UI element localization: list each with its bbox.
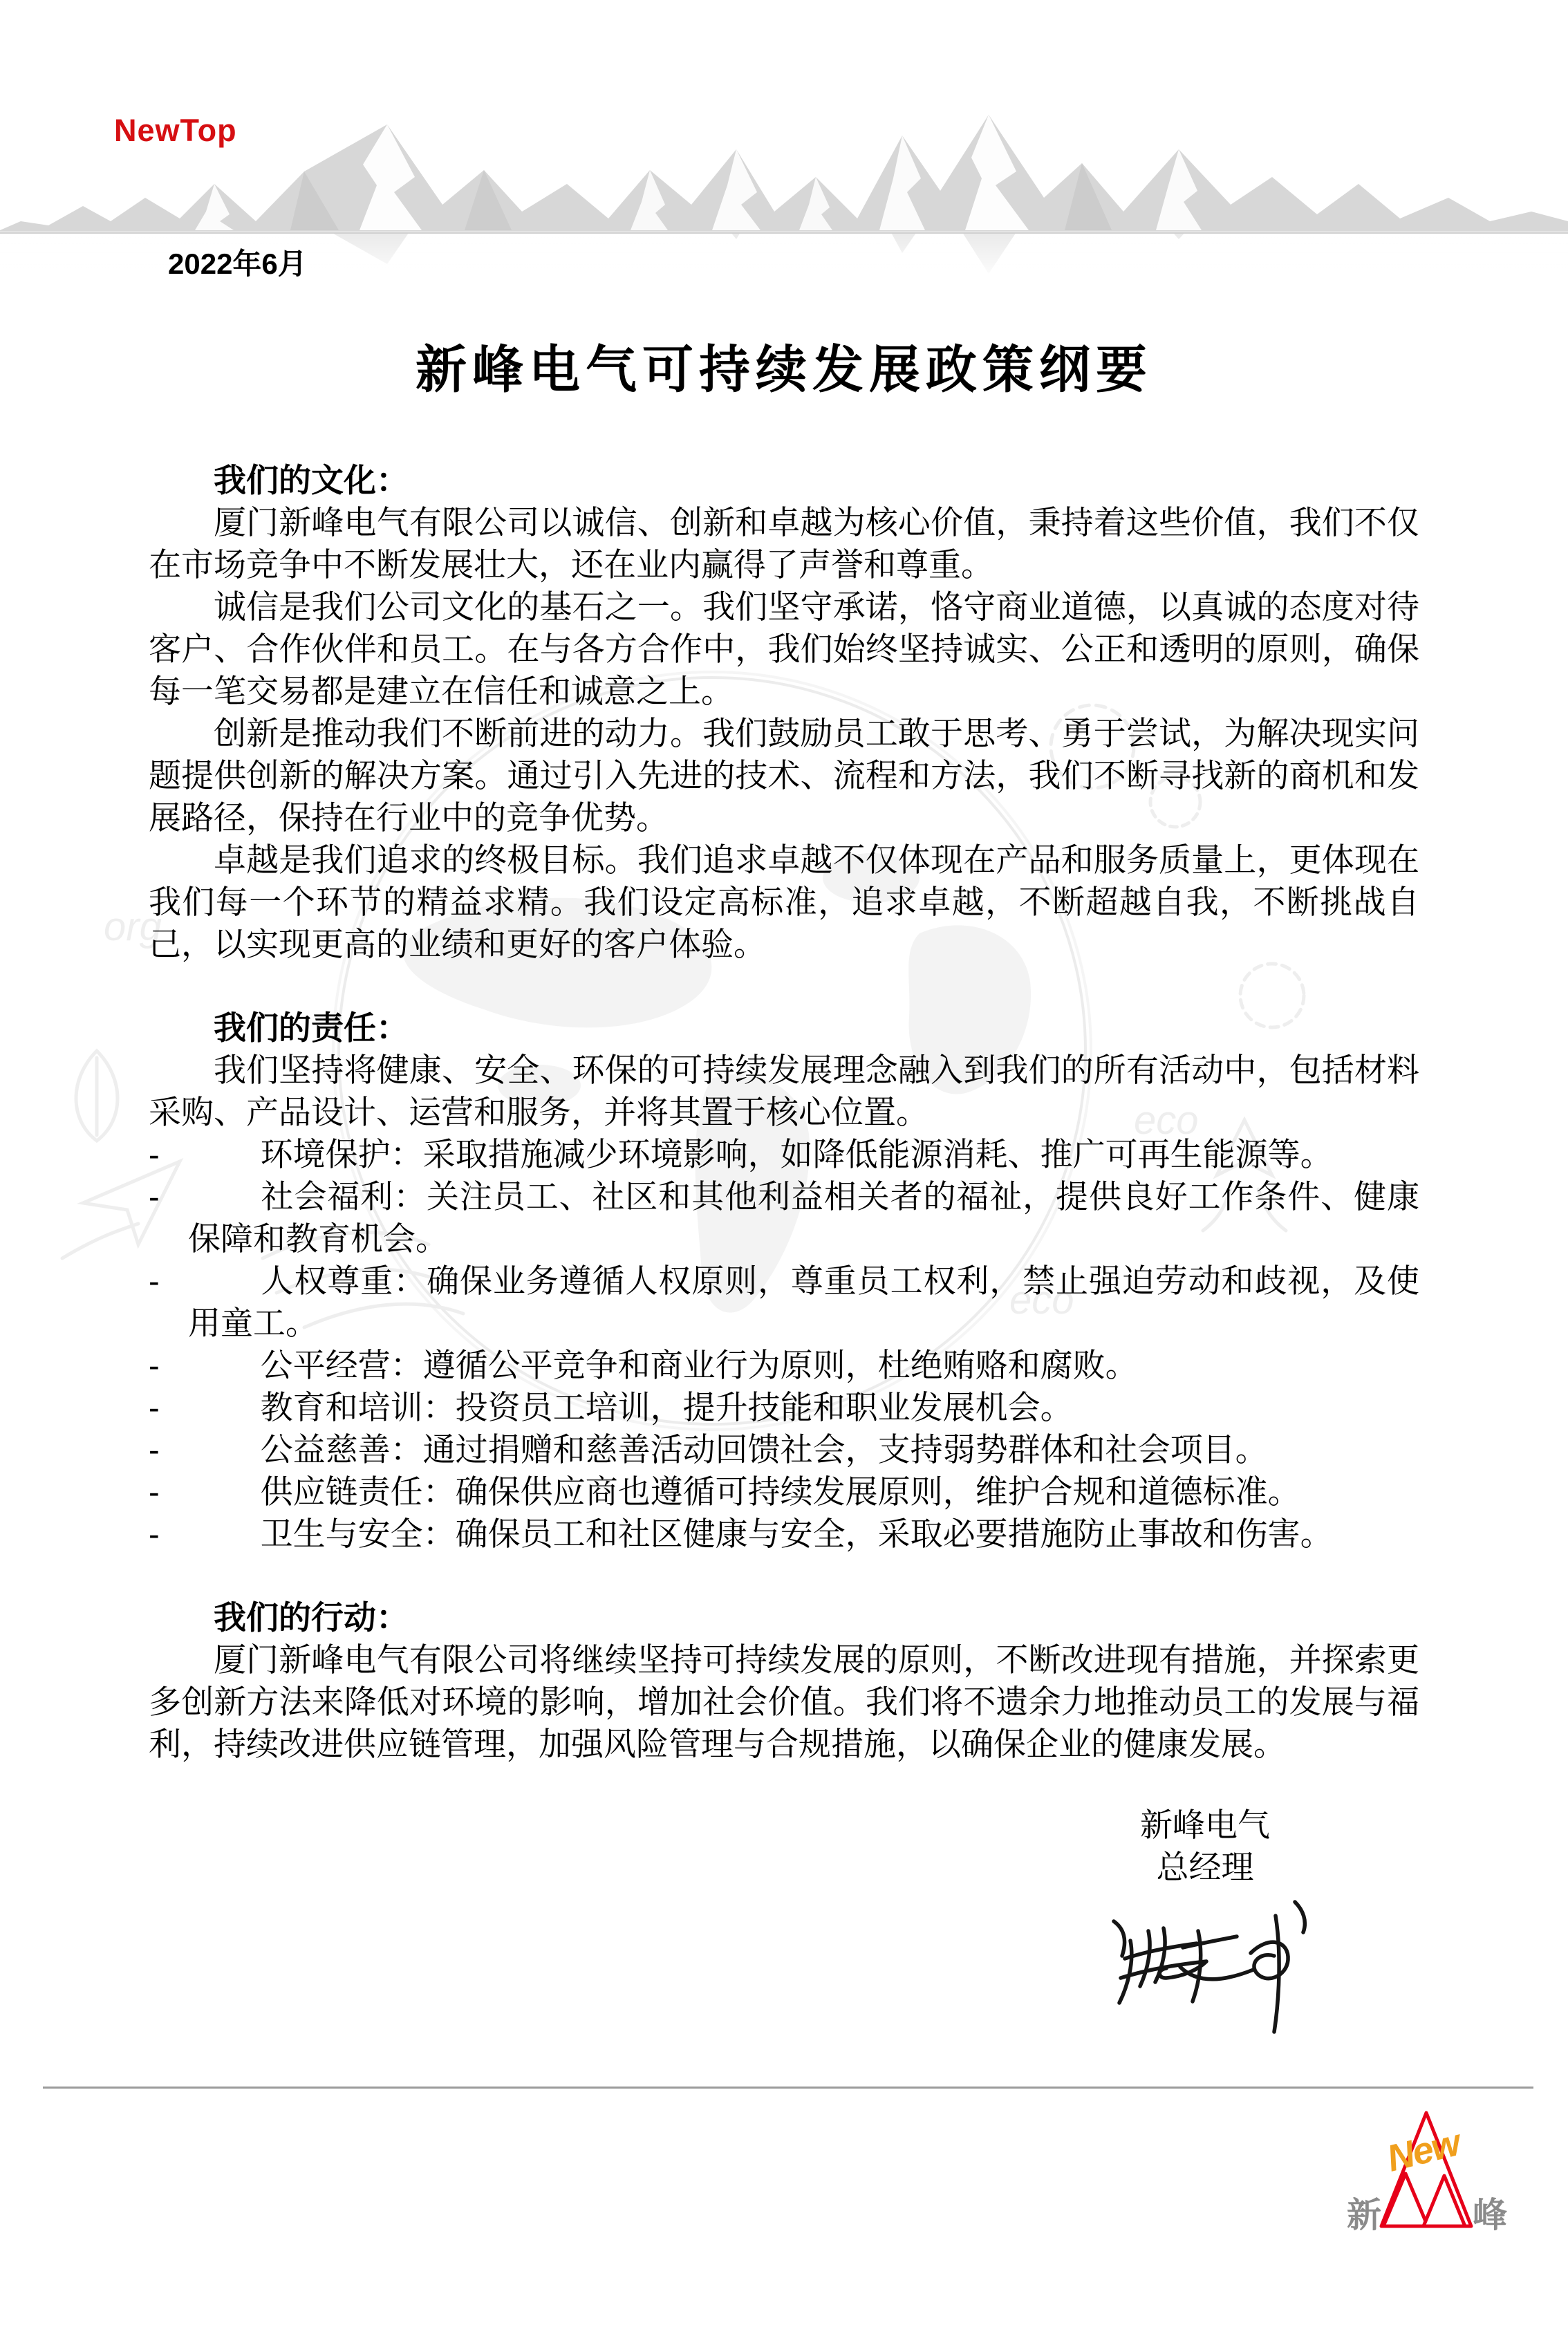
bullet-dash: - — [149, 1262, 160, 1299]
signature-role: 总经理 — [1088, 1846, 1323, 1888]
section-heading: 我们的文化： — [149, 459, 1419, 501]
section-heading: 我们的行动： — [149, 1596, 1419, 1639]
paragraph: 厦门新峰电气有限公司以诚信、创新和卓越为核心价值，秉持着这些价值，我们不仅在市场… — [149, 501, 1419, 586]
list-item-text: 供应链责任：确保供应商也遵循可持续发展原则，维护合规和道德标准。 — [261, 1473, 1300, 1510]
list-item: -环境保护：采取措施减少环境影响，如降低能源消耗、推广可再生能源等。 — [149, 1133, 1419, 1175]
paragraph: 我们坚持将健康、安全、环保的可持续发展理念融入到我们的所有活动中，包括材料采购、… — [149, 1049, 1419, 1133]
document-page: NewTop 2022年6月 新峰电气可持续发展政策纲要 — [0, 0, 1568, 2352]
list-item-text: 公益慈善：通过捐赠和慈善活动回馈社会，支持弱势群体和社会项目。 — [261, 1431, 1268, 1468]
bullet-dash: - — [149, 1473, 160, 1510]
bullet-dash: - — [149, 1136, 160, 1173]
list-item: -教育和培训：投资员工培训，提升技能和职业发展机会。 — [149, 1386, 1419, 1428]
signature-company: 新峰电气 — [1088, 1804, 1323, 1846]
list-item: -人权尊重：确保业务遵循人权原则，尊重员工权利，禁止强迫劳动和歧视，及使用童工。 — [149, 1260, 1419, 1344]
bullet-dash: - — [149, 1347, 160, 1383]
footer-divider — [43, 2087, 1533, 2089]
list-item: -公益慈善：通过捐赠和慈善活动回馈社会，支持弱势群体和社会项目。 — [149, 1428, 1419, 1471]
list-item-text: 人权尊重：确保业务遵循人权原则，尊重员工权利，禁止强迫劳动和歧视，及使用童工。 — [188, 1262, 1419, 1341]
page-title: 新峰电气可持续发展政策纲要 — [0, 329, 1568, 402]
list-item: -卫生与安全：确保员工和社区健康与安全，采取必要措施防止事故和伤害。 — [149, 1513, 1419, 1555]
logo-char-feng: 峰 — [1473, 2187, 1507, 2237]
mountain-banner-image — [0, 88, 1568, 235]
list-item: -供应链责任：确保供应商也遵循可持续发展原则，维护合规和道德标准。 — [149, 1471, 1419, 1513]
list-item-text: 卫生与安全：确保员工和社区健康与安全，采取必要措施防止事故和伤害。 — [261, 1515, 1333, 1552]
section-responsibility: 我们的责任： 我们坚持将健康、安全、环保的可持续发展理念融入到我们的所有活动中，… — [149, 1007, 1419, 1555]
paragraph: 厦门新峰电气有限公司将继续坚持可持续发展的原则，不断改进现有措施，并探索更多创新… — [149, 1639, 1419, 1765]
section-culture: 我们的文化： 厦门新峰电气有限公司以诚信、创新和卓越为核心价值，秉持着这些价值，… — [149, 459, 1419, 965]
section-action: 我们的行动： 厦门新峰电气有限公司将继续坚持可持续发展的原则，不断改进现有措施，… — [149, 1596, 1419, 1765]
bullet-dash: - — [149, 1515, 160, 1552]
section-heading: 我们的责任： — [149, 1007, 1419, 1049]
company-logo: New 新 峰 — [1347, 2110, 1507, 2234]
handwritten-signature — [1094, 1892, 1316, 2037]
paragraph: 创新是推动我们不断前进的动力。我们鼓励员工敢于思考、勇于尝试，为解决现实问题提供… — [149, 712, 1419, 839]
document-date: 2022年6月 — [168, 241, 307, 283]
bullet-dash: - — [149, 1389, 160, 1426]
mountain-baseline — [0, 232, 1568, 234]
paragraph: 诚信是我们公司文化的基石之一。我们坚守承诺，恪守商业道德，以真诚的态度对待客户、… — [149, 586, 1419, 712]
signature-block: 新峰电气 总经理 — [1088, 1804, 1323, 2037]
brand-logo-text: NewTop — [114, 113, 237, 149]
bullet-dash: - — [149, 1431, 160, 1468]
list-item-text: 环境保护：采取措施减少环境影响，如降低能源消耗、推广可再生能源等。 — [261, 1136, 1333, 1173]
bullet-list: -环境保护：采取措施减少环境影响，如降低能源消耗、推广可再生能源等。 -社会福利… — [149, 1133, 1419, 1555]
list-item: -社会福利：关注员工、社区和其他利益相关者的福祉，提供良好工作条件、健康保障和教… — [149, 1175, 1419, 1260]
bullet-dash: - — [149, 1178, 160, 1215]
list-item: -公平经营：遵循公平竞争和商业行为原则，杜绝贿赂和腐败。 — [149, 1344, 1419, 1386]
logo-char-xin: 新 — [1347, 2187, 1381, 2237]
list-item-text: 社会福利：关注员工、社区和其他利益相关者的福祉，提供良好工作条件、健康保障和教育… — [188, 1178, 1419, 1257]
list-item-text: 公平经营：遵循公平竞争和商业行为原则，杜绝贿赂和腐败。 — [261, 1347, 1138, 1383]
paragraph: 卓越是我们追求的终极目标。我们追求卓越不仅体现在产品和服务质量上，更体现在我们每… — [149, 839, 1419, 965]
document-body: 我们的文化： 厦门新峰电气有限公司以诚信、创新和卓越为核心价值，秉持着这些价值，… — [149, 459, 1419, 2037]
list-item-text: 教育和培训：投资员工培训，提升技能和职业发展机会。 — [261, 1389, 1073, 1426]
